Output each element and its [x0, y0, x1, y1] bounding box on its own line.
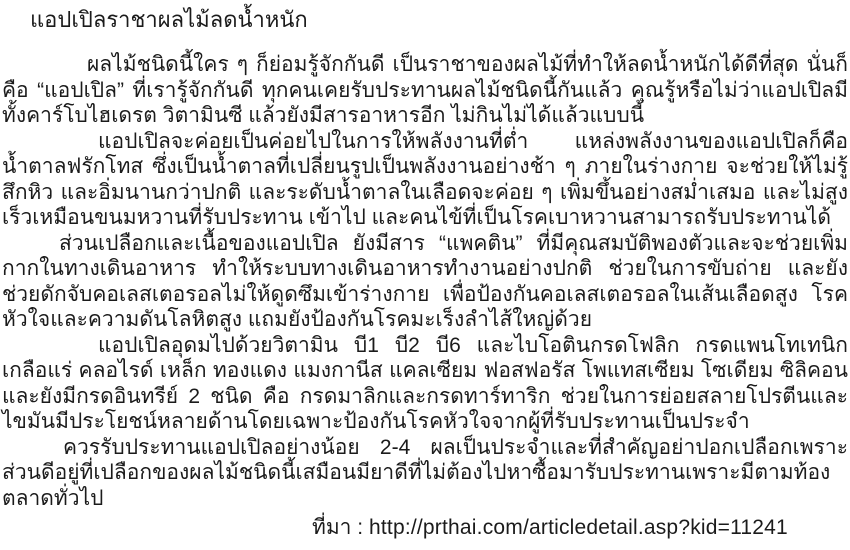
article-paragraph-3: ส่วนเปลือกและเนื้อของแอปเปิล ยังมีสาร “แ…	[2, 231, 848, 333]
article-paragraph-5: ควรรับประทานแอปเปิลอย่างน้อย 2-4 ผลเป็นป…	[2, 435, 848, 512]
document-page: แอปเปิลราชาผลไม้ลดน้ำหนัก ผลไม้ชนิดนี้ใค…	[0, 0, 850, 550]
article-paragraph-4: แอปเปิลอุดมไปด้วยวิตามิน บี1 บี2 บี6 และ…	[2, 333, 848, 435]
article-paragraph-1: ผลไม้ชนิดนี้ใคร ๆ ก็ย่อมรู้จักกันดี เป็น…	[2, 52, 848, 129]
source-url: http://prthai.com/articledetail.asp?kid=…	[369, 516, 788, 539]
source-label: ที่มา :	[312, 516, 363, 539]
source-line: ที่มา : http://prthai.com/articledetail.…	[312, 515, 848, 541]
page-title: แอปเปิลราชาผลไม้ลดน้ำหนัก	[30, 6, 848, 34]
article-paragraph-2: แอปเปิลจะค่อยเป็นค่อยไปในการให้พลังงานที…	[2, 129, 848, 231]
